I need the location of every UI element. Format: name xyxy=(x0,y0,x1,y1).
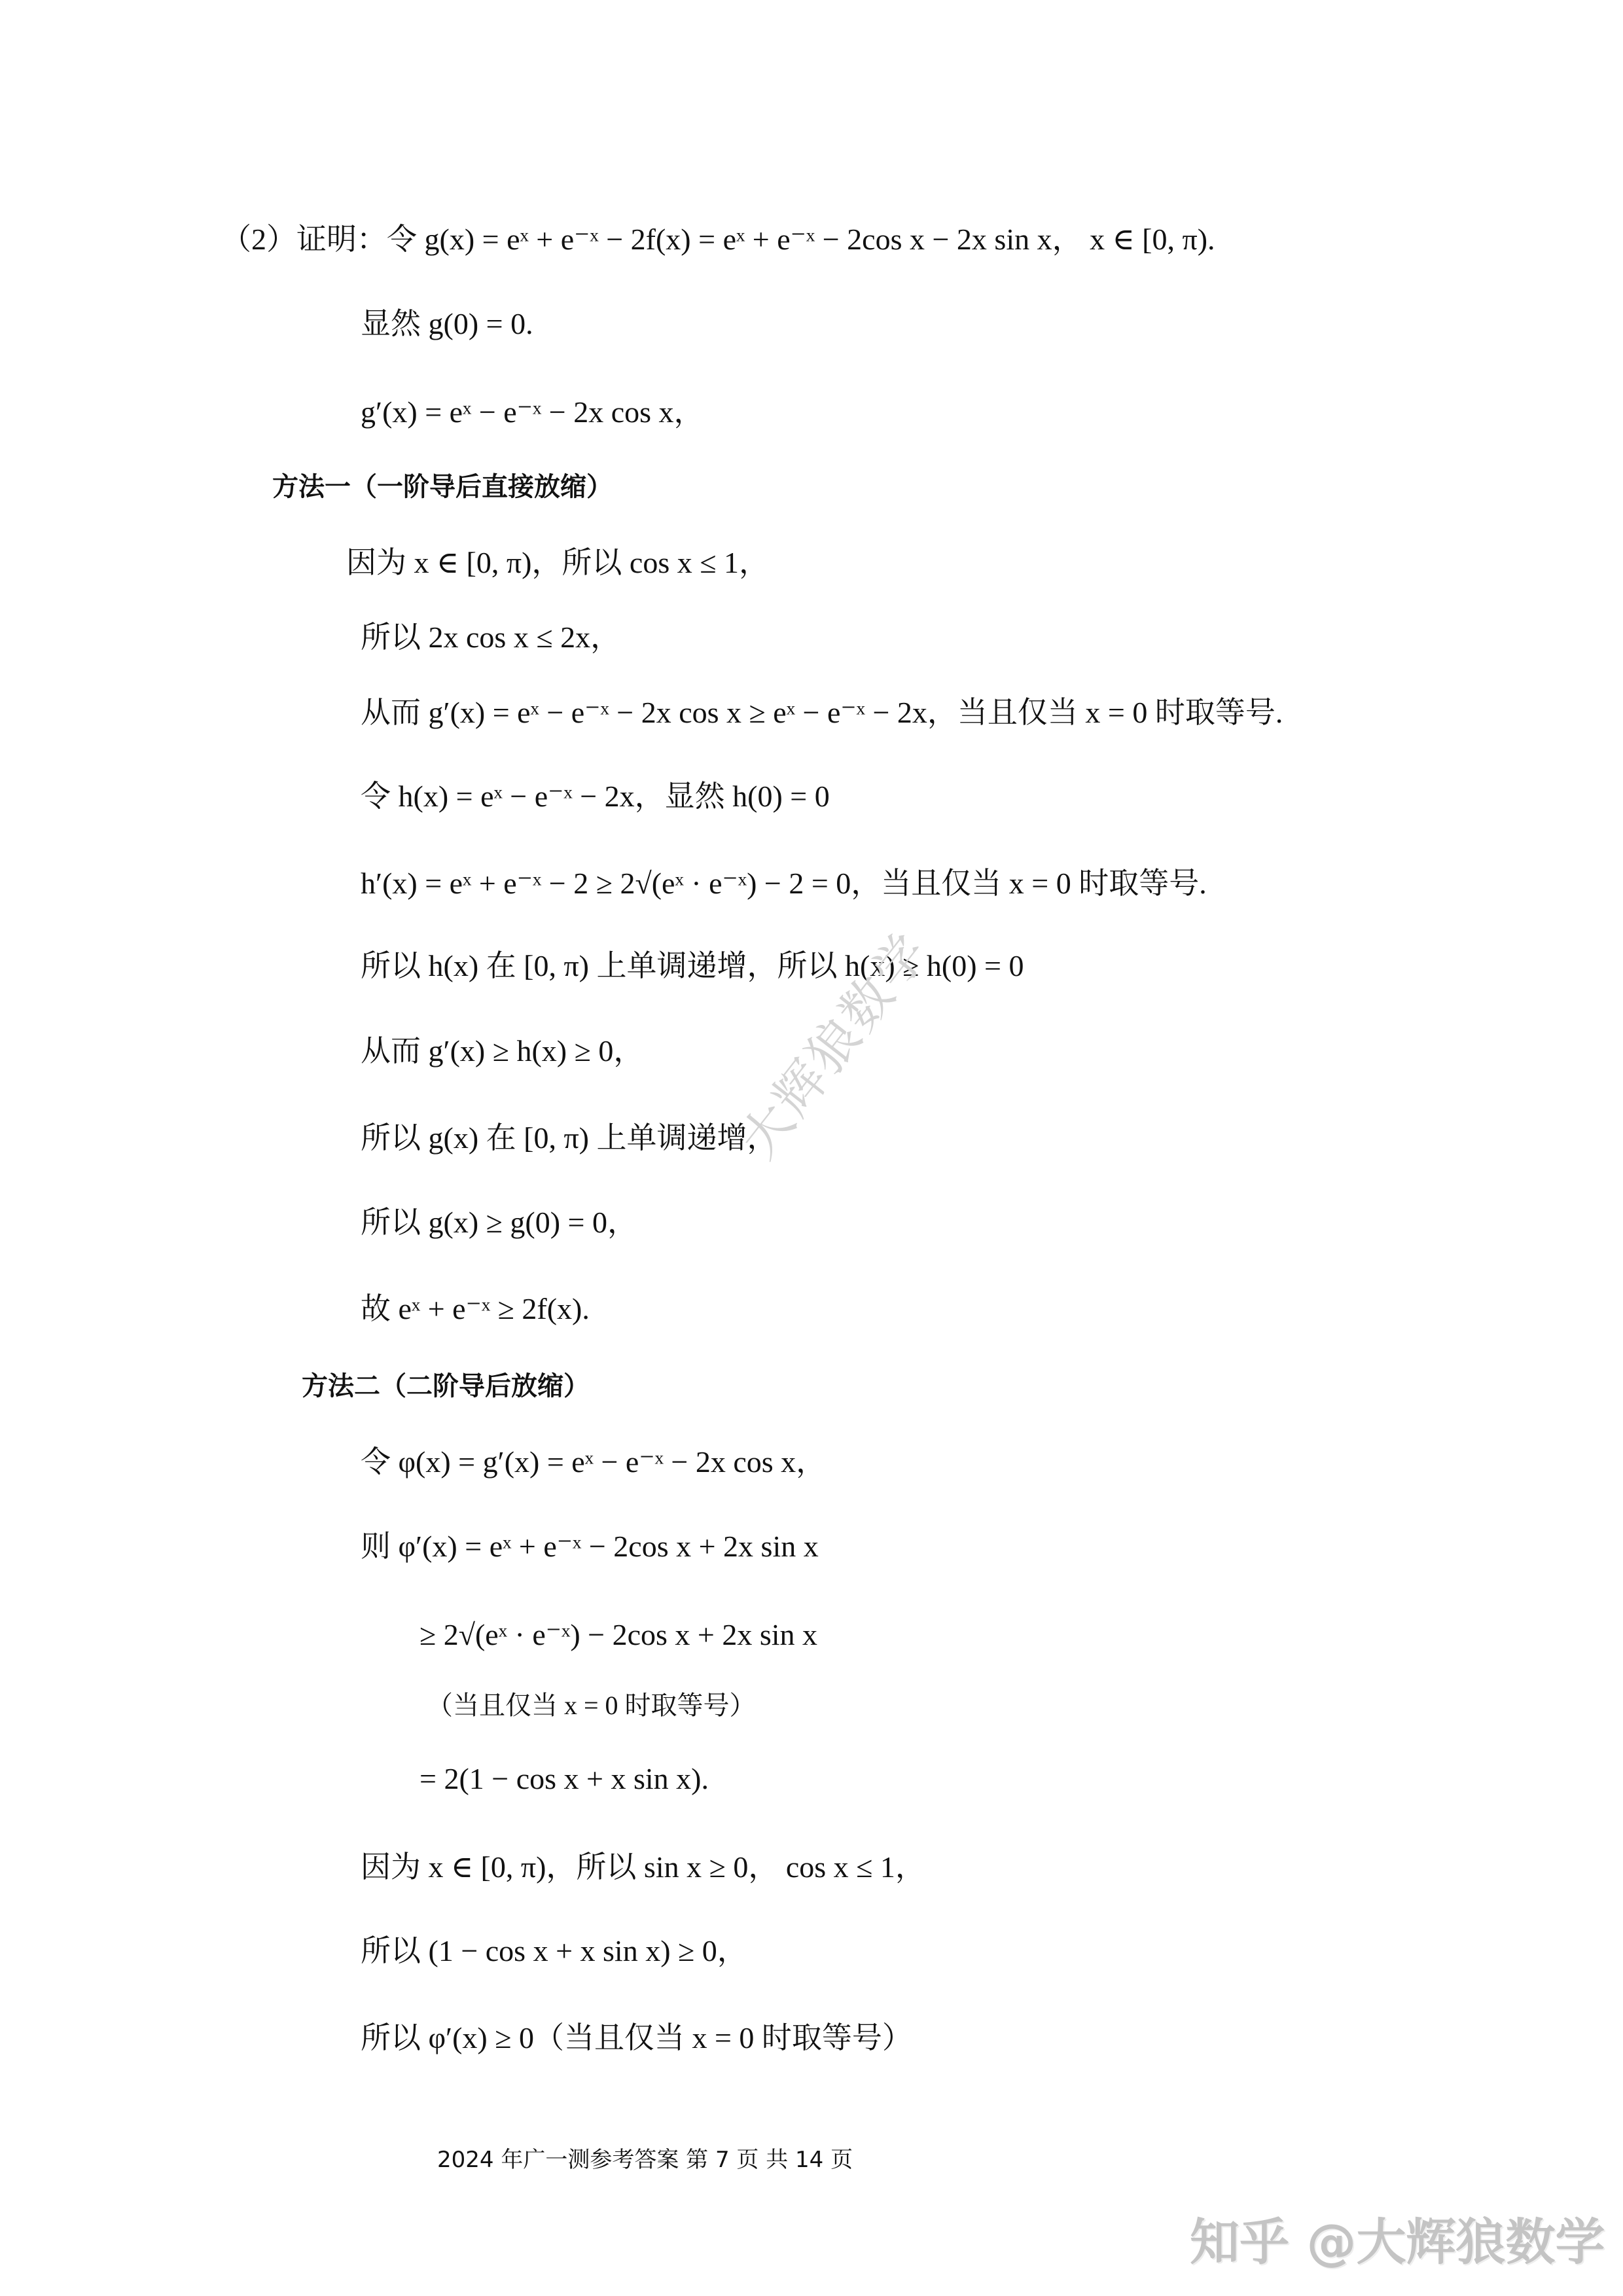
zhihu-brand-watermark: 知乎 @大辉狼数学 xyxy=(1190,2202,1605,2274)
g-zero-line: 显然 g(0) = 0. xyxy=(361,304,533,344)
method1-line-8: 所以 g(x) 在 [0, π) 上单调递增， xyxy=(361,1119,777,1158)
g-derivative-line: g′(x) = eˣ − e⁻ˣ − 2x cos x， xyxy=(361,393,704,432)
method2-line-3: ≥ 2√(eˣ · e⁻ˣ) − 2cos x + 2x sin x xyxy=(419,1615,817,1655)
method1-line-3: 从而 g′(x) = eˣ − e⁻ˣ − 2x cos x ≥ eˣ − e⁻… xyxy=(361,693,1283,732)
method1-line-7: 从而 g′(x) ≥ h(x) ≥ 0， xyxy=(361,1031,643,1071)
method-two-heading: 方法二（二阶导后放缩） xyxy=(302,1367,590,1406)
method1-line-9: 所以 g(x) ≥ g(0) = 0， xyxy=(361,1203,637,1242)
method2-line-1: 令 φ(x) = g′(x) = eˣ − e⁻ˣ − 2x cos x， xyxy=(361,1443,826,1482)
method1-line-1: 因为 x ∈ [0, π)，所以 cos x ≤ 1， xyxy=(346,543,769,583)
method1-line-4: 令 h(x) = eˣ − e⁻ˣ − 2x，显然 h(0) = 0 xyxy=(361,777,830,816)
method1-conclusion: 故 eˣ + e⁻ˣ ≥ 2f(x). xyxy=(361,1289,590,1329)
method2-line-5: 因为 x ∈ [0, π)，所以 sin x ≥ 0， cos x ≤ 1， xyxy=(361,1848,925,1887)
method2-line-6: 所以 (1 − cos x + x sin x) ≥ 0， xyxy=(361,1931,747,1971)
method-one-heading: 方法一（一阶导后直接放缩） xyxy=(272,467,613,507)
method1-line-5: h′(x) = eˣ + e⁻ˣ − 2 ≥ 2√(eˣ · e⁻ˣ) − 2 … xyxy=(361,864,1207,903)
method1-line-2: 所以 2x cos x ≤ 2x， xyxy=(361,618,620,657)
equality-note: （当且仅当 x = 0 时取等号） xyxy=(427,1686,756,1725)
method2-line-7: 所以 φ′(x) ≥ 0（当且仅当 x = 0 时取等号） xyxy=(361,2018,912,2058)
proof-intro-line: （2）证明：令 g(x) = eˣ + e⁻ˣ − 2f(x) = eˣ + e… xyxy=(221,220,1215,259)
page-footer: 2024 年广一测参考答案 第 7 页 共 14 页 xyxy=(437,2142,853,2174)
method2-line-4: = 2(1 − cos x + x sin x). xyxy=(419,1759,709,1799)
method2-line-2: 则 φ′(x) = eˣ + e⁻ˣ − 2cos x + 2x sin x xyxy=(361,1527,819,1566)
